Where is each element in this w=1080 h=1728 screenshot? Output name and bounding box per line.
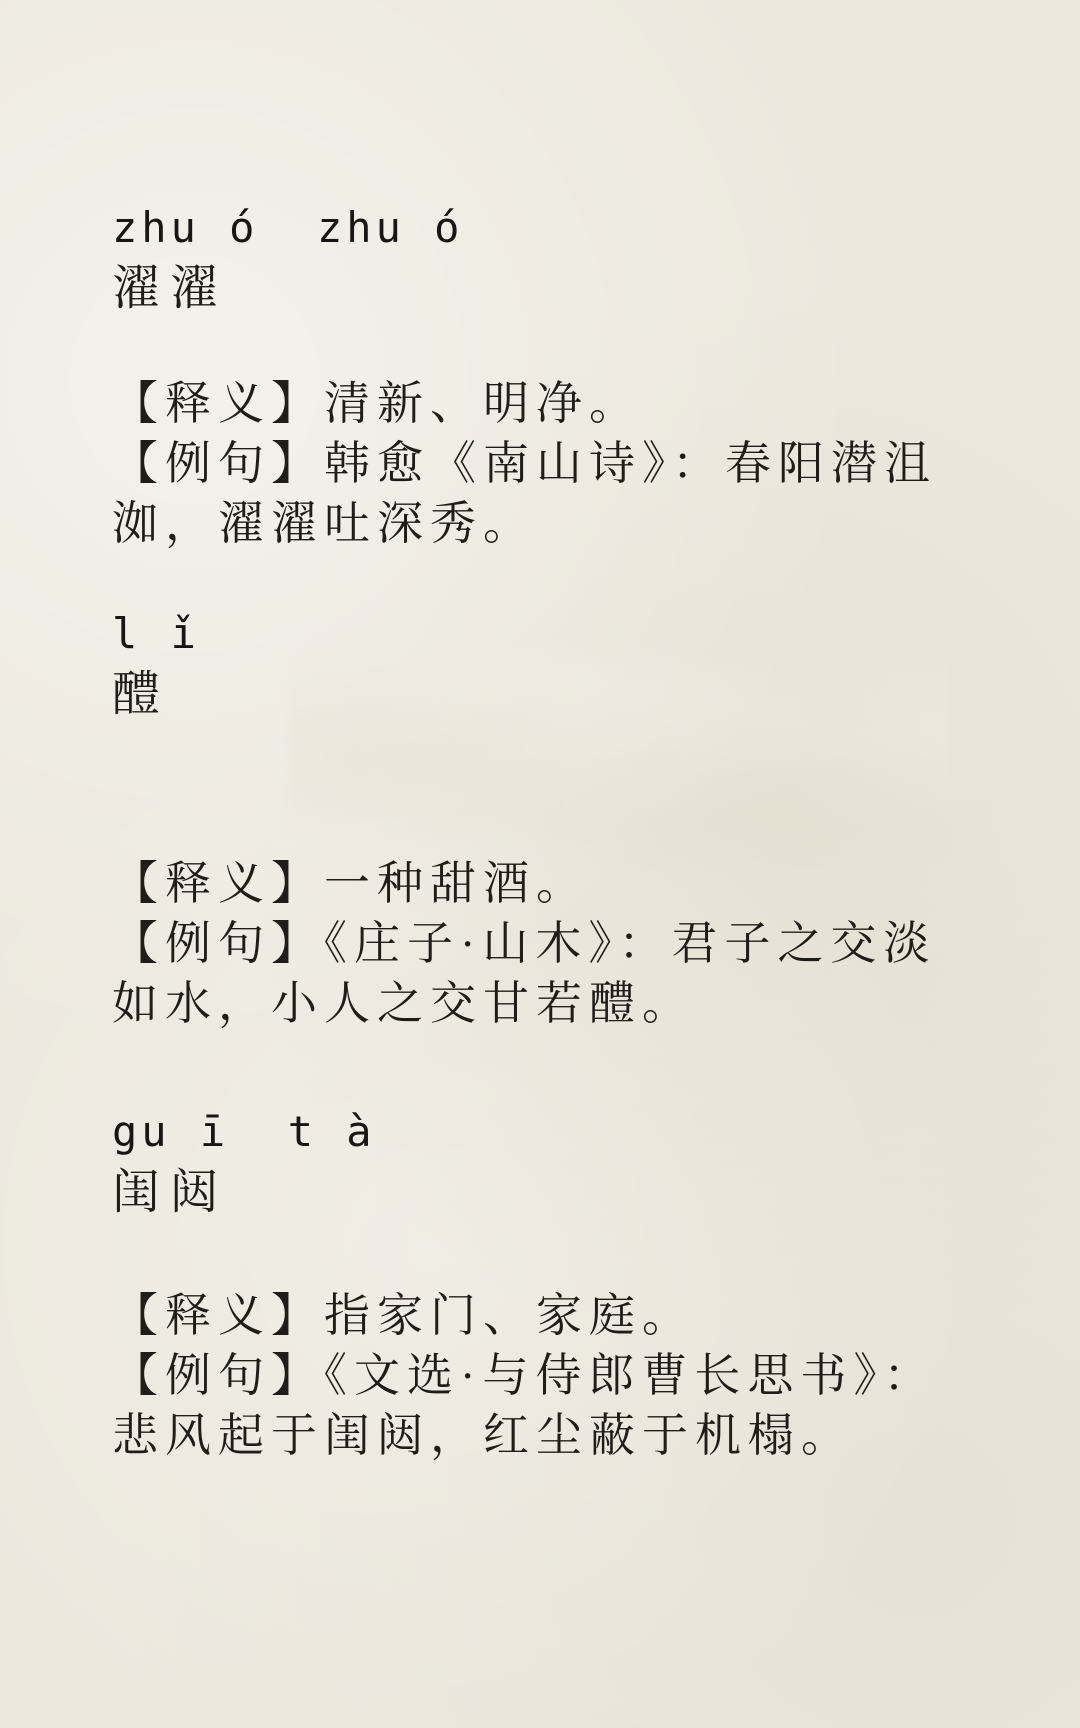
definition-label: 【释义】 [112, 858, 324, 909]
entry-definition: 【释义】一种甜酒。 [112, 854, 972, 914]
dictionary-entry: l ǐ 醴 【释义】一种甜酒。 【例句】《庄子·山木》：君子之交淡如水，小人之交… [112, 606, 972, 1034]
dictionary-entry: gu ī t à 闺闼 【释义】指家门、家庭。 【例句】《文选·与侍郎曹长思书》… [112, 1104, 972, 1466]
entry-pinyin: l ǐ [112, 606, 972, 662]
entry-example: 【例句】韩愈《南山诗》：春阳潜沮洳，濯濯吐深秀。 [112, 434, 972, 554]
definition-text: 清新、明净。 [324, 378, 642, 429]
entry-word: 闺闼 [112, 1162, 972, 1224]
entry-pinyin: zhu ó zhu ó [112, 200, 972, 256]
entry-word: 濯濯 [112, 258, 972, 320]
definition-text: 一种甜酒。 [324, 858, 589, 909]
definition-label: 【释义】 [112, 378, 324, 429]
example-label: 【例句】 [112, 1350, 324, 1401]
definition-label: 【释义】 [112, 1290, 324, 1341]
definition-text: 指家门、家庭。 [324, 1290, 695, 1341]
entry-pinyin: gu ī t à [112, 1104, 972, 1160]
entry-word: 醴 [112, 664, 972, 726]
paper-page: zhu ó zhu ó 濯濯 【释义】清新、明净。 【例句】韩愈《南山诗》：春阳… [0, 0, 1080, 1728]
entries-list: zhu ó zhu ó 濯濯 【释义】清新、明净。 【例句】韩愈《南山诗》：春阳… [112, 200, 972, 1518]
entry-definition: 【释义】清新、明净。 [112, 374, 972, 434]
entry-definition: 【释义】指家门、家庭。 [112, 1286, 972, 1346]
example-label: 【例句】 [112, 918, 324, 969]
entry-example: 【例句】《文选·与侍郎曹长思书》：悲风起于闺闼，红尘蔽于机榻。 [112, 1346, 972, 1466]
dictionary-entry: zhu ó zhu ó 濯濯 【释义】清新、明净。 【例句】韩愈《南山诗》：春阳… [112, 200, 972, 554]
entry-example: 【例句】《庄子·山木》：君子之交淡如水，小人之交甘若醴。 [112, 914, 972, 1034]
example-label: 【例句】 [112, 438, 324, 489]
